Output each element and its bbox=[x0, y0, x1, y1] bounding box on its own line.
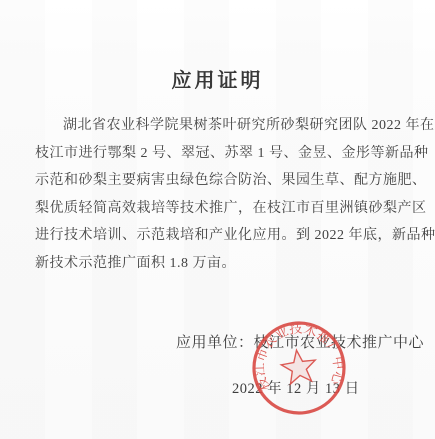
body-line: 新技术示范推广面积 1.8 万亩。 bbox=[35, 250, 405, 278]
body-line: 示范和砂梨主要病害虫绿色综合防治、果园生草、配方施肥、 bbox=[35, 167, 405, 195]
applying-unit-line: 应用单位：枝江市农业技术推广中心 bbox=[176, 331, 424, 352]
body-line: 进行技术培训、示范栽培和产业化应用。到 2022 年底，新品种 bbox=[35, 222, 405, 250]
certificate-page: 应用证明 湖北省农业科学院果树茶叶研究所砂梨研究团队 2022 年在 枝江市进行… bbox=[0, 0, 435, 439]
date-line: 2022 年 12 月 13 日 bbox=[232, 377, 360, 398]
body-paragraph: 湖北省农业科学院果树茶叶研究所砂梨研究团队 2022 年在 枝江市进行鄂梨 2 … bbox=[35, 112, 405, 277]
document-title: 应用证明 bbox=[0, 64, 435, 93]
official-stamp: 枝江市农业技术推广中心 bbox=[228, 297, 370, 439]
unit-label: 应用单位： bbox=[176, 335, 254, 351]
body-line: 梨优质轻简高效栽培等技术推广，在枝江市百里洲镇砂梨产区 bbox=[35, 195, 405, 223]
body-line: 湖北省农业科学院果树茶叶研究所砂梨研究团队 2022 年在 bbox=[35, 112, 405, 140]
body-line: 枝江市进行鄂梨 2 号、翠冠、苏翠 1 号、金昱、金彤等新品种 bbox=[35, 140, 405, 168]
unit-name: 枝江市农业技术推广中心 bbox=[254, 335, 425, 351]
